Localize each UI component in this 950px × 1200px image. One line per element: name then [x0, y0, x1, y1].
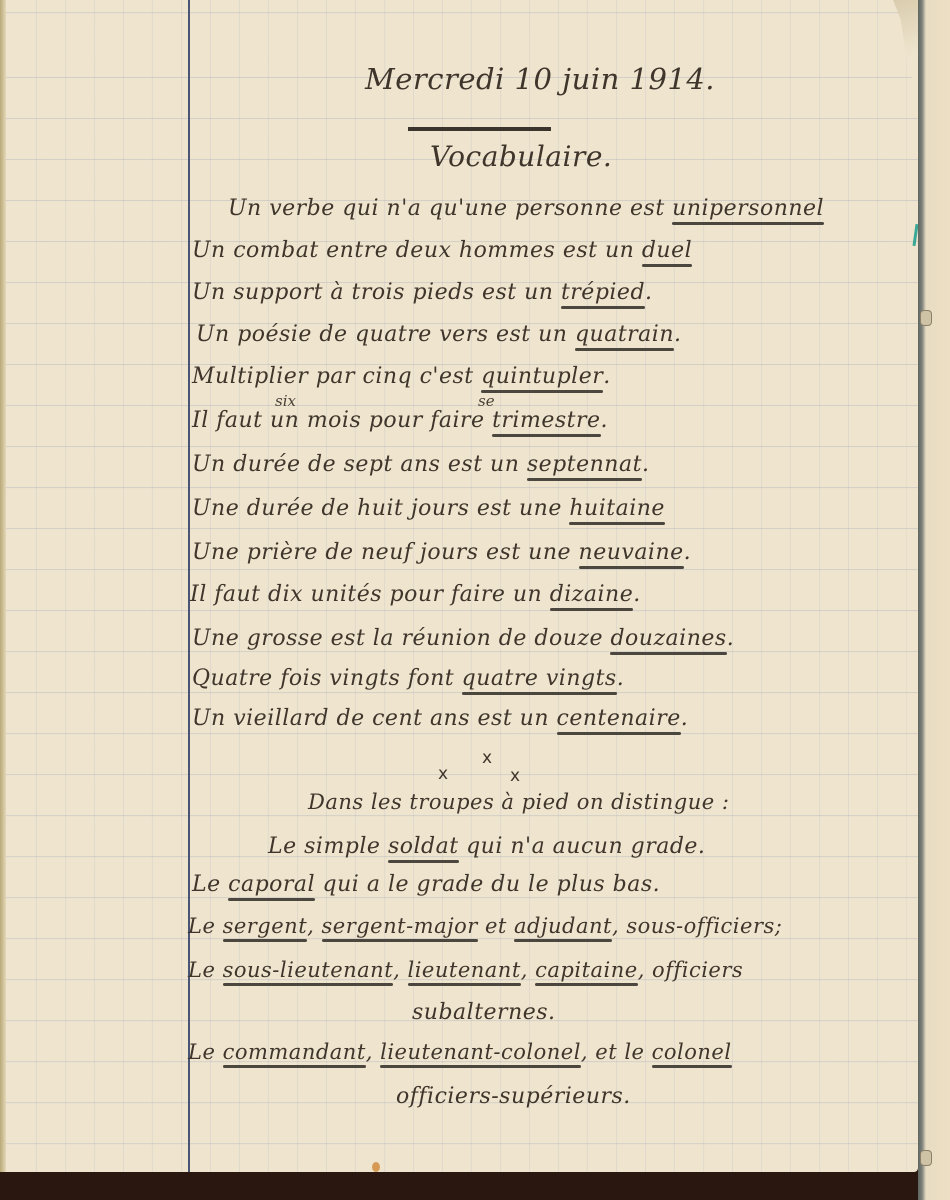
vocab-term: douzaines [610, 626, 726, 651]
separator-cross: x [510, 766, 520, 786]
rank-term: capitaine [535, 958, 638, 982]
vocab-text: Un verbe qui n'a qu'une personne est [228, 196, 672, 221]
vocab-line: Multiplier par cinq c'est quintupler. [192, 364, 611, 389]
rank-line: Le commandant, lieutenant-colonel, et le… [188, 1040, 732, 1064]
rank-line: Le caporal qui a le grade du le plus bas… [192, 872, 660, 897]
vocab-term: centenaire [557, 706, 681, 731]
rank-line-continuation: officiers-supérieurs. [396, 1084, 631, 1109]
vocab-line: Un support à trois pieds est un trépied. [192, 280, 653, 305]
vocab-line: Une durée de huit jours est une huitaine [192, 496, 665, 521]
rank-term: adjudant [514, 914, 612, 938]
vocab-term: trépied [561, 280, 645, 305]
binding-stitch [920, 310, 932, 326]
ink-stain [372, 1162, 380, 1172]
vocab-term: quatrain [575, 322, 674, 347]
rank-line: Le sous-lieutenant, lieutenant, capitain… [188, 958, 743, 982]
vocab-text: Un poésie de quatre vers est un [196, 322, 575, 347]
vocab-text: Il faut un mois pour faire [192, 408, 492, 433]
vocab-text: Une prière de neuf jours est une [192, 540, 579, 565]
vocab-term: trimestre [492, 408, 600, 433]
rank-line: Le sergent, sergent-major et adjudant, s… [188, 914, 782, 938]
vocab-term: quatre vingts [462, 666, 617, 691]
torn-corner [893, 0, 918, 95]
vocab-text: Une grosse est la réunion de douze [192, 626, 610, 651]
rank-term: sergent [223, 914, 308, 938]
rank-term: lieutenant [408, 958, 521, 982]
vocab-text: Un vieillard de cent ans est un [192, 706, 557, 731]
rank-term: caporal [228, 872, 315, 897]
page-title: Vocabulaire. [430, 140, 612, 173]
rank-term: colonel [652, 1040, 732, 1064]
separator-cross: x [482, 748, 492, 768]
title-rule [408, 127, 551, 131]
notebook-page: Mercredi 10 juin 1914. Vocabulaire. Un v… [0, 0, 918, 1172]
vocab-text: Multiplier par cinq c'est [192, 364, 481, 389]
vocab-line: Une prière de neuf jours est une neuvain… [192, 540, 691, 565]
vocab-term: dizaine [550, 582, 634, 607]
section-intro: Dans les troupes à pied on distingue : [308, 790, 729, 814]
rank-term: commandant [223, 1040, 366, 1064]
vocab-line: Un verbe qui n'a qu'une personne est uni… [228, 196, 824, 221]
date-heading: Mercredi 10 juin 1914. [365, 62, 715, 96]
rank-term: soldat [388, 834, 459, 859]
vocab-term: duel [642, 238, 692, 263]
rank-line: Le simple soldat qui n'a aucun grade. [268, 834, 705, 859]
vocab-text: Un durée de sept ans est un [192, 452, 527, 477]
binding-stitch [920, 1150, 932, 1166]
vocab-text: Un combat entre deux hommes est un [192, 238, 642, 263]
vocab-line: Il faut un mois pour faire trimestre. [192, 408, 608, 433]
vocab-text: Une durée de huit jours est une [192, 496, 569, 521]
rank-term: sous-lieutenant [223, 958, 394, 982]
vocab-text: Il faut dix unités pour faire un [190, 582, 550, 607]
rank-term: lieutenant-colonel [380, 1040, 581, 1064]
vocab-line: Un vieillard de cent ans est un centenai… [192, 706, 688, 731]
vocab-term: huitaine [569, 496, 665, 521]
vocab-term: quintupler [481, 364, 603, 389]
vocab-term: unipersonnel [672, 196, 824, 221]
vocab-term: septennat [527, 452, 642, 477]
vocab-line: Un durée de sept ans est un septennat. [192, 452, 649, 477]
separator-cross: x [438, 764, 448, 784]
vocab-line: Un combat entre deux hommes est un duel [192, 238, 692, 263]
vocab-text: Quatre fois vingts font [192, 666, 462, 691]
rank-term: sergent-major [322, 914, 478, 938]
vocab-line: Une grosse est la réunion de douze douza… [192, 626, 734, 651]
vocab-text: Un support à trois pieds est un [192, 280, 561, 305]
vocab-line: Il faut dix unités pour faire un dizaine… [190, 582, 641, 607]
vocab-line: Un poésie de quatre vers est un quatrain… [196, 322, 682, 347]
rank-line-continuation: subalternes. [412, 1000, 556, 1025]
notebook-binding [918, 0, 950, 1200]
vocab-line: Quatre fois vingts font quatre vingts. [192, 666, 624, 691]
vocab-term: neuvaine [579, 540, 684, 565]
